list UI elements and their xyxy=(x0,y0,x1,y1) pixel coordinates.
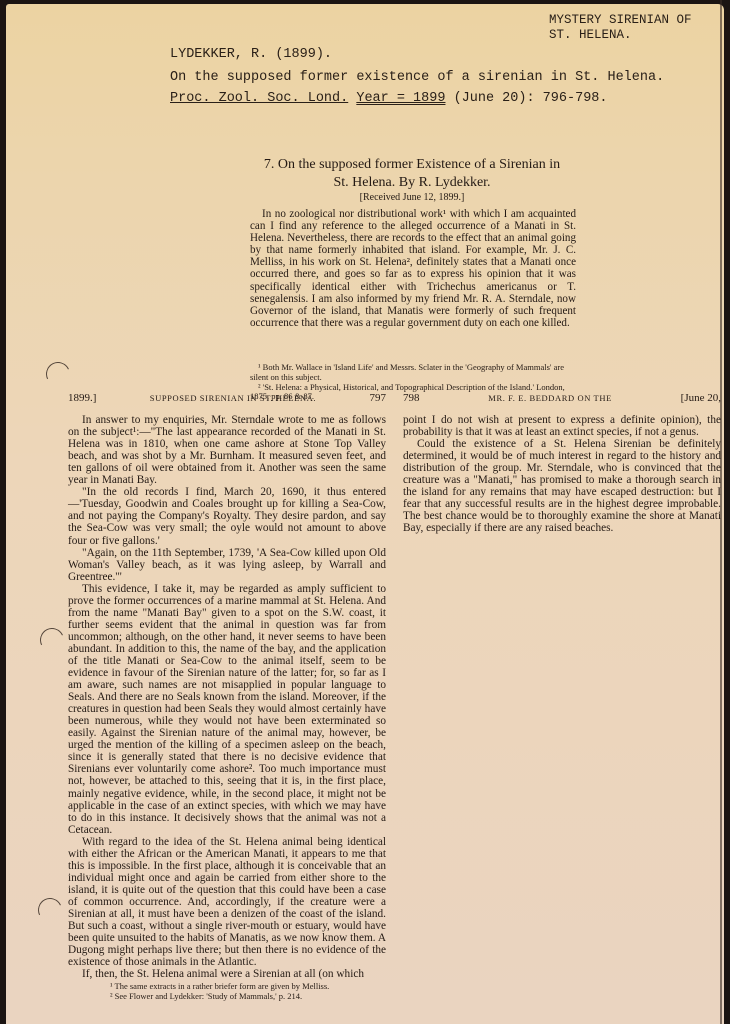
article-heading: 7. On the supposed former Existence of a… xyxy=(252,156,572,192)
journal-name: Proc. Zool. Soc. Lond. xyxy=(170,91,348,106)
paragraph: "Again, on the 11th September, 1739, 'A … xyxy=(68,547,386,583)
paragraph: With regard to the idea of the St. Helen… xyxy=(68,836,386,969)
paragraph: "In the old records I find, March 20, 16… xyxy=(68,486,386,546)
header-title: SUPPOSED SIRENIAN IN ST. HELENA. xyxy=(150,392,316,404)
heading-line-2: St. Helena. By R. Lydekker. xyxy=(252,174,572,192)
footnote-2: ² See Flower and Lydekker: 'Study of Mam… xyxy=(110,991,410,1001)
paragraph: Could the existence of a St. Helena Sire… xyxy=(403,438,721,534)
footnote-1: ¹ Both Mr. Wallace in 'Island Life' and … xyxy=(250,363,576,383)
date-pages: (June 20): 796-798. xyxy=(445,91,607,106)
reference-journal: Proc. Zool. Soc. Lond. Year = 1899 (June… xyxy=(170,91,608,106)
header-title: MR. F. E. BEDDARD ON THE xyxy=(488,392,612,404)
year-label: Year = 1899 xyxy=(356,91,445,106)
topic-line-2: ST. HELENA. xyxy=(549,28,692,43)
paragraph: In answer to my enquiries, Mr. Sterndale… xyxy=(68,414,386,486)
paragraph: This evidence, I take it, may be regarde… xyxy=(68,583,386,836)
received-date: [Received June 12, 1899.] xyxy=(252,192,572,203)
topic-line-1: MYSTERY SIRENIAN OF xyxy=(549,13,692,28)
paragraph: point I do not wish at present to expres… xyxy=(403,414,721,438)
running-header-797: 1899.] SUPPOSED SIRENIAN IN ST. HELENA. … xyxy=(68,392,386,404)
intro-text: In no zoological nor distributional work… xyxy=(250,208,576,329)
paragraph: If, then, the St. Helena animal were a S… xyxy=(68,968,386,980)
intro-paragraph: In no zoological nor distributional work… xyxy=(250,208,576,329)
topic-label: MYSTERY SIRENIAN OF ST. HELENA. xyxy=(549,13,692,43)
page-798-column: 798 MR. F. E. BEDDARD ON THE [June 20, p… xyxy=(403,392,721,535)
page-797-footnotes: ¹ The same extracts in a rather briefer … xyxy=(110,981,410,1001)
page-797-column: 1899.] SUPPOSED SIRENIAN IN ST. HELENA. … xyxy=(68,392,386,980)
running-header-798: 798 MR. F. E. BEDDARD ON THE [June 20, xyxy=(403,392,721,404)
header-date: [June 20, xyxy=(681,392,721,404)
reference-author: LYDEKKER, R. (1899). xyxy=(170,47,332,62)
reference-title: On the supposed former existence of a si… xyxy=(170,70,664,85)
page-number: 797 xyxy=(370,392,387,404)
heading-line-1: 7. On the supposed former Existence of a… xyxy=(252,156,572,174)
header-year: 1899.] xyxy=(68,392,96,404)
footnote-1: ¹ The same extracts in a rather briefer … xyxy=(110,981,410,991)
page-number: 798 xyxy=(403,392,420,404)
